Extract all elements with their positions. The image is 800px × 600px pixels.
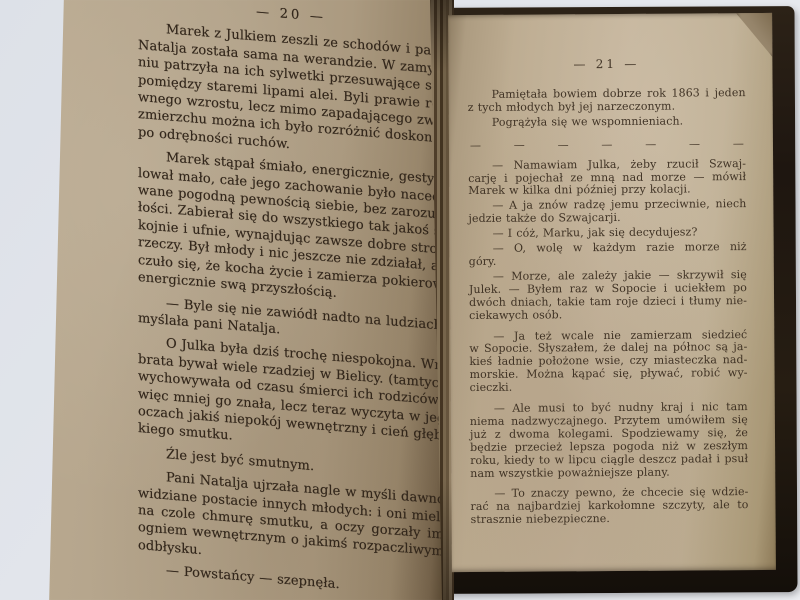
text-line: Pogrążyła się we wspomnieniach. (468, 115, 746, 130)
right-page: — 21 — Pamiętała bowiem dobrze rok 1863 … (448, 13, 776, 572)
paragraph: Pani Natalja ujrzała nagle w myśli dawno… (138, 467, 442, 579)
left-page-text: — 20 — Marek z Julkiem zeszli ze schodów… (138, 0, 442, 600)
book-photo: — 21 — Pamiętała bowiem dobrze rok 1863 … (0, 0, 800, 600)
left-page: — 20 — Marek z Julkiem zeszli ze schodów… (46, 0, 442, 600)
paragraph: — A ja znów radzę jemu przeciwnie, niech… (468, 198, 746, 226)
dash: — (470, 140, 481, 152)
text-line: cieczki. (470, 380, 748, 395)
dash: — (558, 139, 569, 151)
dash: — (645, 138, 656, 150)
separator-dashes: ——————— (470, 138, 744, 152)
text-line: — I cóż, Marku, jak się decydujesz? (469, 226, 747, 241)
text-line: góry. (469, 254, 747, 269)
paragraph: — Morze, ale zależy jakie — skrzywił się… (469, 269, 747, 323)
left-page-paragraphs: Marek z Julkiem zeszli ze schodów i pani… (138, 19, 442, 600)
right-page-text: — 21 — Pamiętała bowiem dobrze rok 1863 … (467, 57, 748, 527)
paragraph: — Namawiam Julka, żeby rzucił Szwaj-carj… (468, 158, 746, 199)
paragraph: Pamiętała bowiem dobrze rok 1863 i jeden… (468, 87, 746, 115)
text-line: strasznie niebezpieczne. (471, 512, 749, 527)
text-line: jedzie także do Szwajcarji. (468, 211, 746, 226)
paragraph: — Ale musi to być nudny kraj i nic tamni… (470, 401, 749, 480)
dash: — (514, 139, 525, 151)
text-line: — O, wolę w każdym razie morze niż (469, 241, 747, 256)
paragraph: — O, wolę w każdym razie morze niżgóry. (469, 241, 747, 269)
paragraph: Marek stąpał śmiało, energicznie, gestyk… (138, 147, 442, 311)
page-corner-fold (736, 13, 772, 57)
text-line: ciekawych osób. (469, 308, 747, 323)
paragraph: — I cóż, Marku, jak się decydujesz? (469, 226, 747, 241)
text-line: dwóch dniach, takie tam roje dzieci i tł… (469, 295, 747, 310)
text-line: Marek w kilka dni później przy kolacji. (468, 183, 746, 198)
paragraph: — Ja też wcale nie zamierzam siedziećw S… (469, 329, 747, 395)
dash: — (601, 139, 612, 151)
text-line: z tych młodych był jej narzeczonym. (468, 100, 746, 115)
right-page-paragraphs: Pamiętała bowiem dobrze rok 1863 i jeden… (468, 87, 749, 527)
paragraph: O Julka była dziś trochę niespokojna. Wn… (138, 333, 442, 462)
paragraph: Pogrążyła się we wspomnieniach. (468, 115, 746, 130)
paragraph: — To znaczy pewno, że chcecie się wdzie-… (470, 487, 748, 528)
right-page-number: — 21 — (467, 57, 745, 72)
text-line: nam wszystkie poważniejsze plany. (470, 466, 748, 481)
paragraph: Marek z Julkiem zeszli ze schodów i pani… (138, 19, 442, 165)
dash: — (733, 138, 744, 150)
dash: — (689, 138, 700, 150)
